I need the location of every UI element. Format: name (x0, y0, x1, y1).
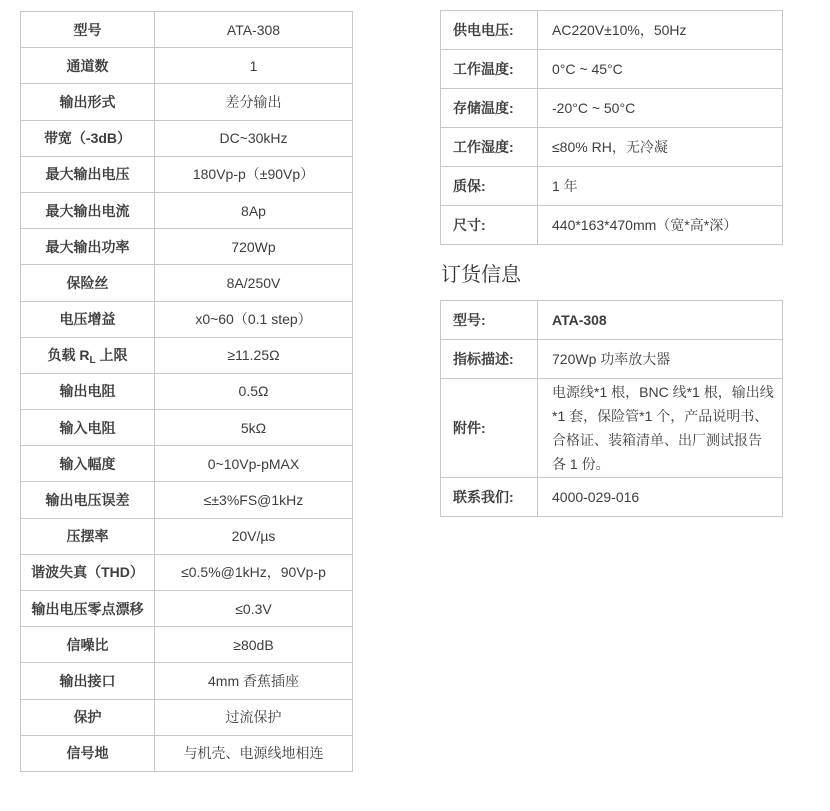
table-row: 输出电压误差≤±3%FS@1kHz (21, 482, 353, 518)
spec-value: 电源线*1 根，BNC 线*1 根，输出线*1 套，保险管*1 个，产品说明书、… (538, 379, 783, 478)
spec-label: 保险丝 (21, 265, 155, 301)
table-row: 工作温度:0°C ~ 45°C (441, 50, 783, 89)
spec-value: 0°C ~ 45°C (538, 50, 783, 89)
spec-label: 输入幅度 (21, 446, 155, 482)
table-row: 附件:电源线*1 根，BNC 线*1 根，输出线*1 套，保险管*1 个，产品说… (441, 379, 783, 478)
spec-value: AC220V±10%，50Hz (538, 11, 783, 50)
main-spec-table: 型号ATA-308通道数1输出形式差分输出带宽（-3dB）DC~30kHz最大输… (20, 11, 353, 772)
spec-value: ≤80% RH，无冷凝 (538, 128, 783, 167)
spec-value: 4000-029-016 (538, 478, 783, 517)
spec-value: 4mm 香蕉插座 (155, 663, 353, 699)
spec-label: 压摆率 (21, 518, 155, 554)
spec-label: 型号 (21, 12, 155, 48)
table-row: 输出接口4mm 香蕉插座 (21, 663, 353, 699)
table-row: 保险丝8A/250V (21, 265, 353, 301)
table-row: 型号ATA-308 (21, 12, 353, 48)
spec-label: 最大输出功率 (21, 229, 155, 265)
table-row: 尺寸:440*163*470mm（宽*高*深） (441, 206, 783, 245)
spec-value: ≥80dB (155, 627, 353, 663)
table-row: 负载 RL 上限≥11.25Ω (21, 337, 353, 373)
table-row: 联系我们:4000-029-016 (441, 478, 783, 517)
spec-value: 8A/250V (155, 265, 353, 301)
spec-label: 输出接口 (21, 663, 155, 699)
spec-label: 输出电压零点漂移 (21, 591, 155, 627)
spec-label: 负载 RL 上限 (21, 337, 155, 373)
spec-value: 1 (155, 48, 353, 84)
table-row: 信号地与机壳、电源线地相连 (21, 735, 353, 771)
spec-label: 型号: (441, 301, 538, 340)
spec-label-text: 上限 (96, 347, 128, 363)
spec-label: 工作湿度: (441, 128, 538, 167)
table-row: 信噪比≥80dB (21, 627, 353, 663)
spec-value: 440*163*470mm（宽*高*深） (538, 206, 783, 245)
spec-label: 带宽（-3dB） (21, 120, 155, 156)
spec-value: -20°C ~ 50°C (538, 89, 783, 128)
spec-label: 通道数 (21, 48, 155, 84)
spec-label: 尺寸: (441, 206, 538, 245)
spec-value: ≤0.5%@1kHz，90Vp-p (155, 554, 353, 590)
table-row: 输出电阻0.5Ω (21, 373, 353, 409)
spec-value: 20V/µs (155, 518, 353, 554)
order-info-table: 型号:ATA-308指标描述:720Wp 功率放大器附件:电源线*1 根，BNC… (440, 300, 783, 517)
spec-value: ≥11.25Ω (155, 337, 353, 373)
spec-label: 保护 (21, 699, 155, 735)
spec-value: DC~30kHz (155, 120, 353, 156)
spec-label: 存储温度: (441, 89, 538, 128)
spec-label: 输出电压误差 (21, 482, 155, 518)
table-row: 输出电压零点漂移≤0.3V (21, 591, 353, 627)
table-row: 最大输出功率720Wp (21, 229, 353, 265)
spec-value: 8Ap (155, 192, 353, 228)
table-row: 最大输出电流8Ap (21, 192, 353, 228)
spec-value: 过流保护 (155, 699, 353, 735)
spec-value: 720Wp (155, 229, 353, 265)
spec-value: 5kΩ (155, 410, 353, 446)
table-row: 指标描述:720Wp 功率放大器 (441, 340, 783, 379)
right-column: 供电电压:AC220V±10%，50Hz工作温度:0°C ~ 45°C存储温度:… (440, 10, 783, 517)
spec-sheet-page: 型号ATA-308通道数1输出形式差分输出带宽（-3dB）DC~30kHz最大输… (0, 0, 830, 811)
spec-value: ≤±3%FS@1kHz (155, 482, 353, 518)
spec-label: 输入电阻 (21, 410, 155, 446)
spec-value: ≤0.3V (155, 591, 353, 627)
table-row: 存储温度:-20°C ~ 50°C (441, 89, 783, 128)
spec-label: 附件: (441, 379, 538, 478)
table-row: 输入电阻5kΩ (21, 410, 353, 446)
table-row: 质保:1 年 (441, 167, 783, 206)
table-row: 带宽（-3dB）DC~30kHz (21, 120, 353, 156)
spec-label-text: 负载 R (48, 347, 90, 363)
order-info-title: 订货信息 (441, 262, 783, 288)
table-row: 输入幅度0~10Vp-pMAX (21, 446, 353, 482)
table-row: 最大输出电压180Vp-p（±90Vp） (21, 156, 353, 192)
table-row: 供电电压:AC220V±10%，50Hz (441, 11, 783, 50)
spec-label: 联系我们: (441, 478, 538, 517)
spec-label: 工作温度: (441, 50, 538, 89)
spec-label: 谐波失真（THD） (21, 554, 155, 590)
table-row: 型号:ATA-308 (441, 301, 783, 340)
spec-value: 1 年 (538, 167, 783, 206)
spec-value: ATA-308 (538, 301, 783, 340)
spec-label: 输出电阻 (21, 373, 155, 409)
table-row: 工作湿度:≤80% RH，无冷凝 (441, 128, 783, 167)
table-row: 电压增益x0~60（0.1 step） (21, 301, 353, 337)
spec-value: 720Wp 功率放大器 (538, 340, 783, 379)
table-row: 输出形式差分输出 (21, 84, 353, 120)
spec-label: 供电电压: (441, 11, 538, 50)
spec-label: 信号地 (21, 735, 155, 771)
spec-label: 最大输出电压 (21, 156, 155, 192)
spec-value: 差分输出 (155, 84, 353, 120)
table-row: 通道数1 (21, 48, 353, 84)
table-row: 保护过流保护 (21, 699, 353, 735)
spec-label: 输出形式 (21, 84, 155, 120)
spec-value: 与机壳、电源线地相连 (155, 735, 353, 771)
spec-value: 0.5Ω (155, 373, 353, 409)
spec-value: 180Vp-p（±90Vp） (155, 156, 353, 192)
environment-spec-table: 供电电压:AC220V±10%，50Hz工作温度:0°C ~ 45°C存储温度:… (440, 10, 783, 245)
table-row: 谐波失真（THD）≤0.5%@1kHz，90Vp-p (21, 554, 353, 590)
spec-label: 质保: (441, 167, 538, 206)
spec-label: 最大输出电流 (21, 192, 155, 228)
spec-value: ATA-308 (155, 12, 353, 48)
spec-label: 电压增益 (21, 301, 155, 337)
table-row: 压摆率20V/µs (21, 518, 353, 554)
spec-value: 0~10Vp-pMAX (155, 446, 353, 482)
spec-label: 指标描述: (441, 340, 538, 379)
spec-label: 信噪比 (21, 627, 155, 663)
spec-value: x0~60（0.1 step） (155, 301, 353, 337)
